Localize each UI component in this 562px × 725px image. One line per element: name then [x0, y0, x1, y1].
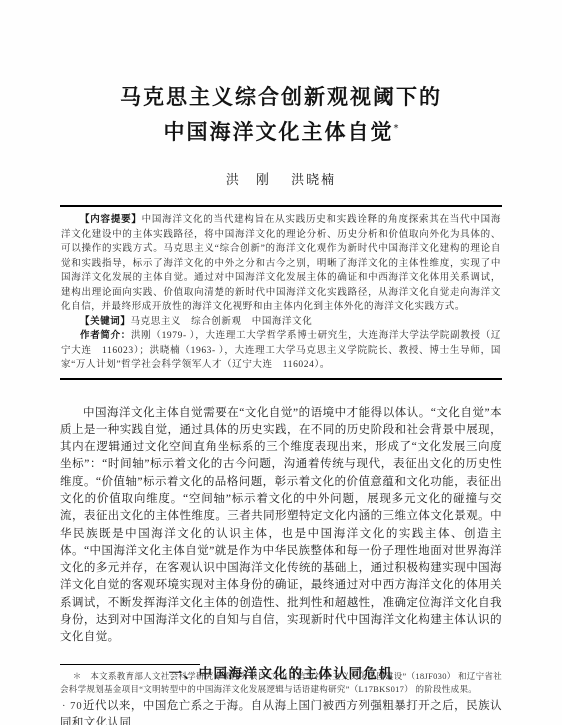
keywords-text: 马克思主义 综合创新观 中国海洋文化 [131, 317, 313, 327]
journal-page: 马克思主义综合创新观视阈下的 中国海洋文化主体自觉* 洪 刚 洪晓楠 【内容提要… [0, 0, 562, 725]
body-paragraph-2: 近代以来，中国危亡系之于海。自从海上国门被西方列强粗暴打开之后，民族认同和文化认… [60, 698, 502, 725]
body-paragraph-1: 中国海洋文化主体自觉需要在“文化自觉”的语境中才能得以体认。“文化自觉”本质上是… [60, 405, 502, 647]
abstract-paragraph: 【内容提要】中国海洋文化的当代建构旨在从实践历史和实践诠释的角度探索其在当代中国… [61, 213, 501, 315]
authors-line: 洪 刚 洪晓楠 [60, 169, 502, 188]
author-bio-line: 作者简介：洪刚（1979- ），大连理工大学哲学系博士研究生，大连海洋大学法学院… [61, 329, 501, 373]
abstract-box: 【内容提要】中国海洋文化的当代建构旨在从实践历史和实践诠释的角度探索其在当代中国… [60, 205, 502, 380]
keywords-line: 【关键词】马克思主义 综合创新观 中国海洋文化 [61, 315, 501, 330]
page-content: 马克思主义综合创新观视阈下的 中国海洋文化主体自觉* 洪 刚 洪晓楠 【内容提要… [60, 0, 502, 725]
article-title: 马克思主义综合创新观视阈下的 中国海洋文化主体自觉* [60, 0, 502, 148]
keywords-label: 【关键词】 [80, 316, 131, 327]
footnote-marker: ＊ [73, 671, 91, 681]
author-bio-label: 作者简介： [80, 330, 131, 341]
title-line-1: 马克思主义综合创新观视阈下的 [60, 82, 502, 113]
title-line-2: 中国海洋文化主体自觉* [60, 113, 502, 148]
title-footnote-mark: * [394, 123, 399, 134]
footnote-text: ＊ 本文系教育部人文社会科学研究专项任务项目“文化自信与社会主义文化强国建设”（… [60, 670, 502, 696]
footnote-area: ＊ 本文系教育部人文社会科学研究专项任务项目“文化自信与社会主义文化强国建设”（… [60, 664, 502, 696]
page-number: · 70 · [62, 701, 91, 712]
abstract-text: 中国海洋文化的当代建构旨在从实践历史和实践诠释的角度探索其在当代中国海洋文化建设… [61, 215, 501, 312]
footnote-separator [60, 664, 200, 665]
abstract-label: 【内容提要】 [80, 214, 142, 225]
